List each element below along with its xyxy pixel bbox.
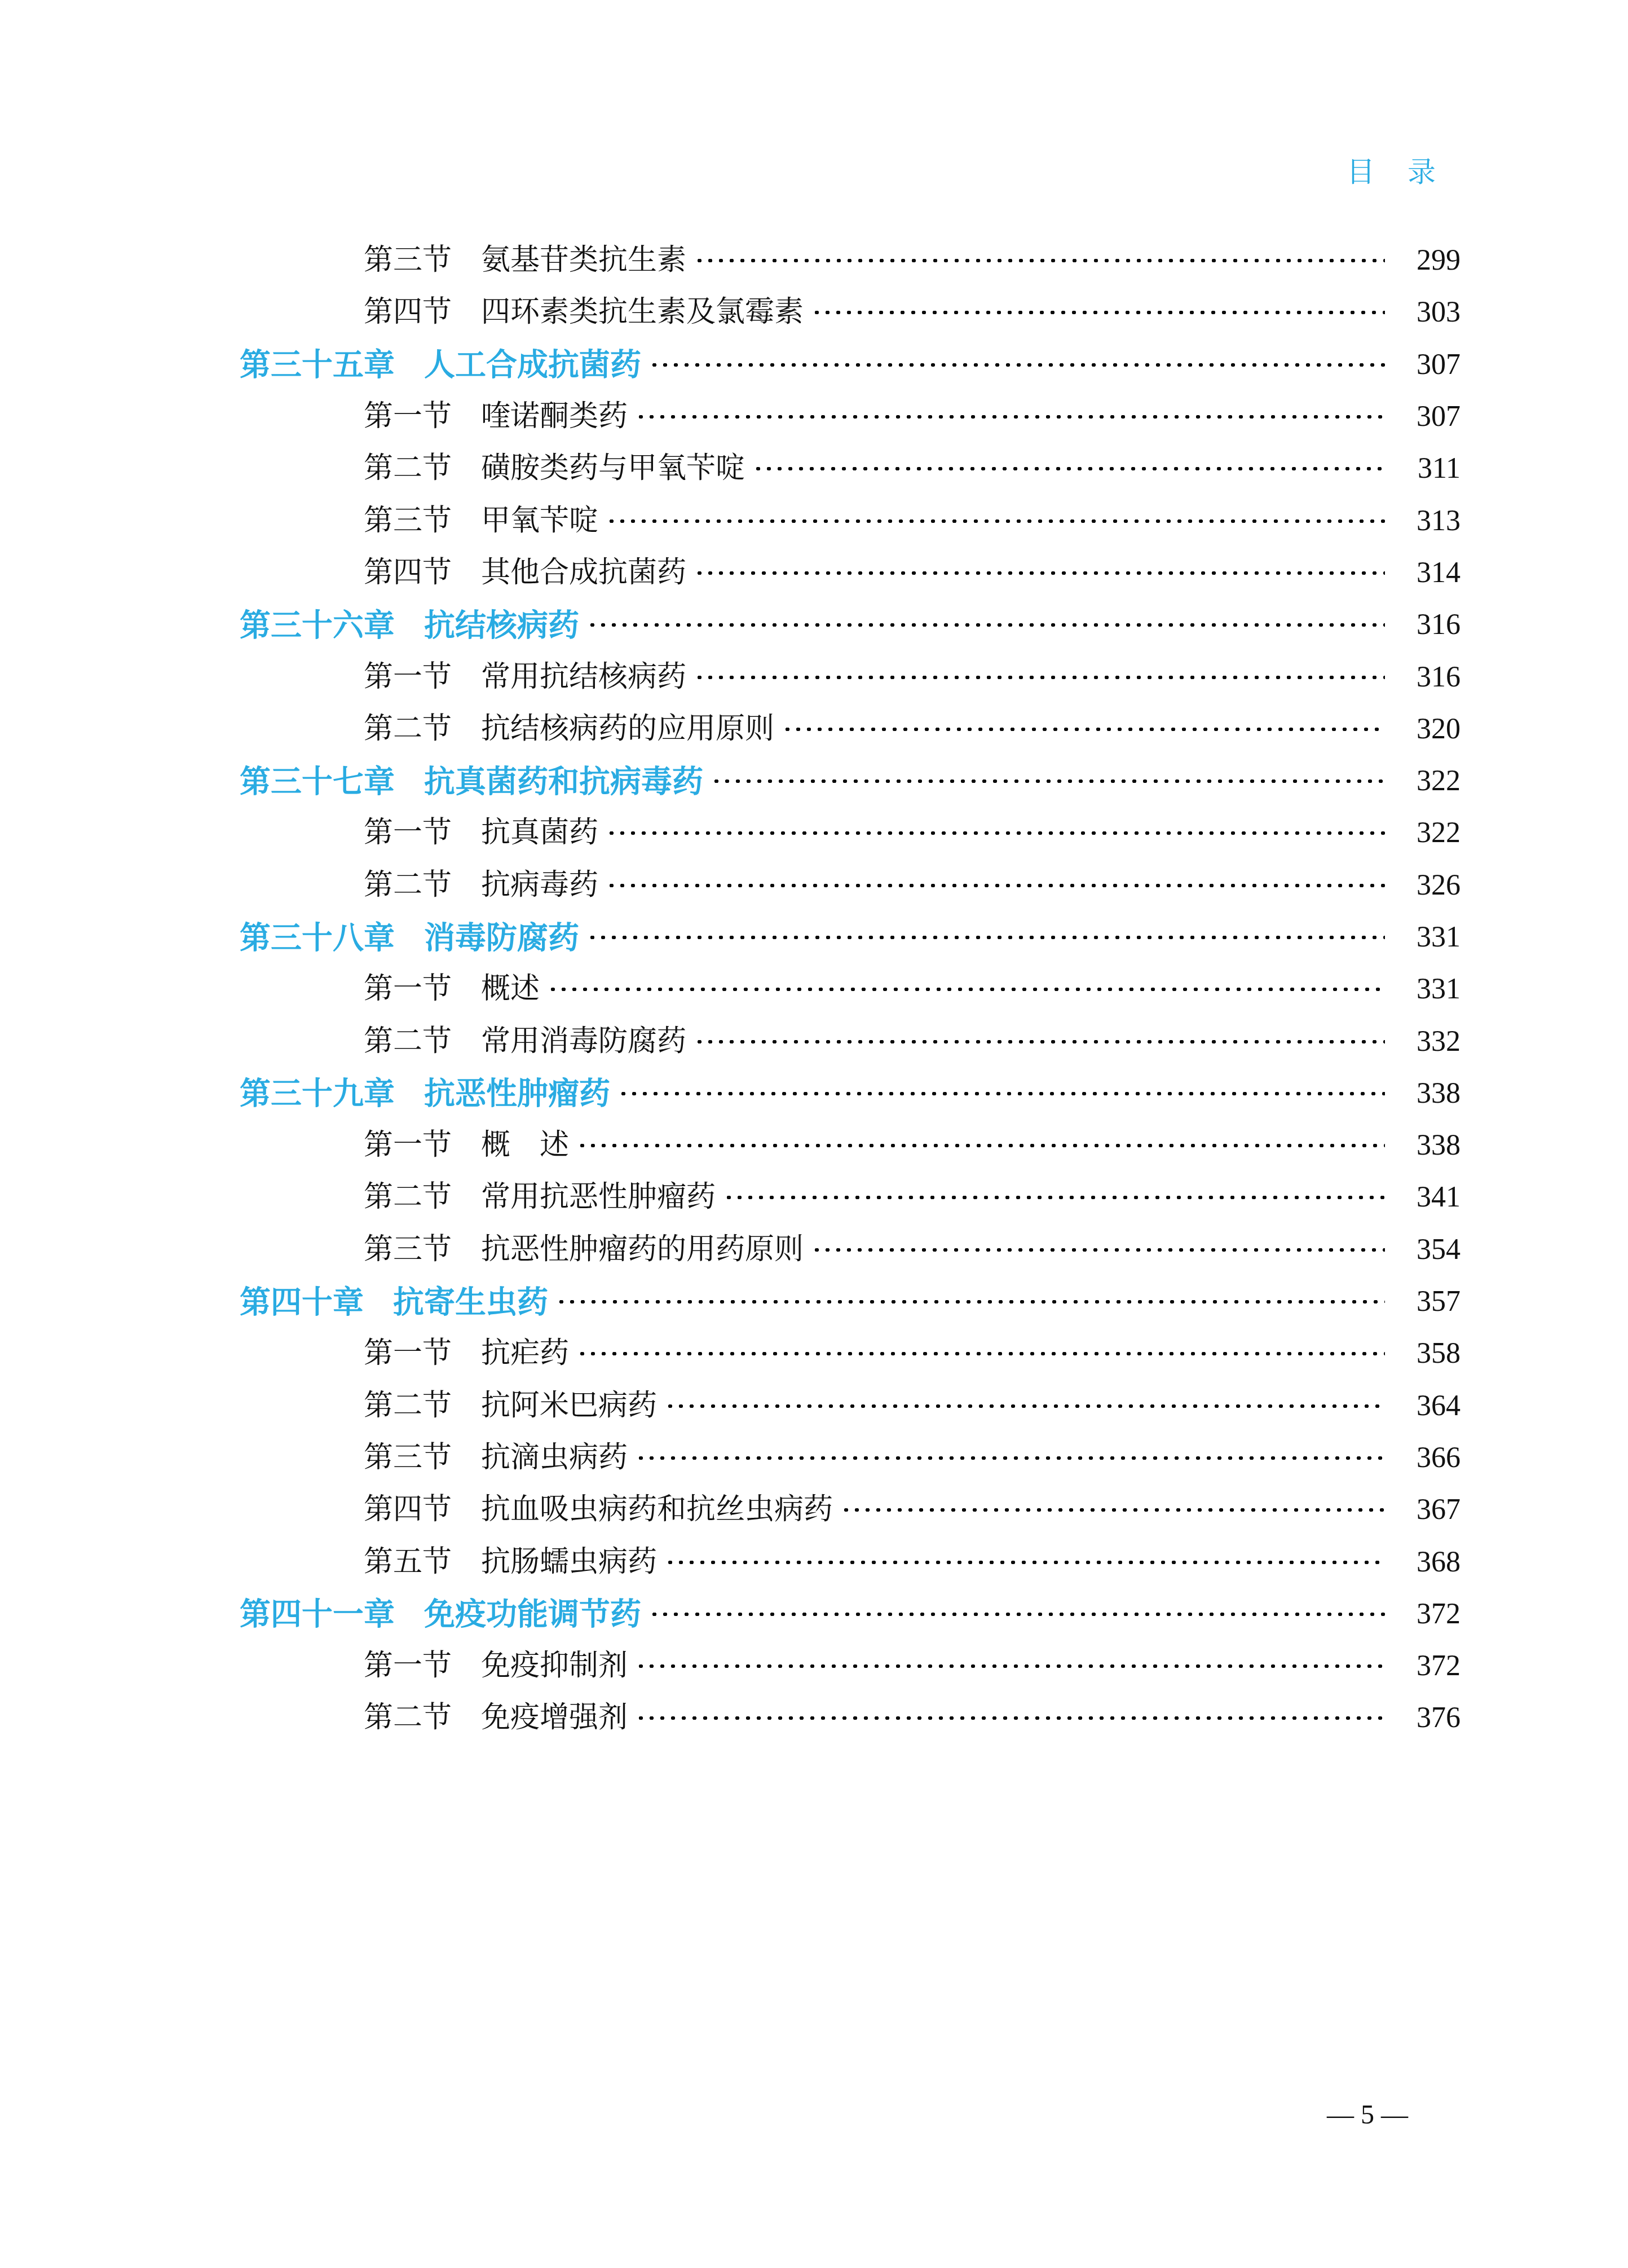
dot-leader (665, 1403, 1385, 1410)
toc-entry-label: 第一节 (364, 402, 452, 431)
dot-leader (723, 1194, 1385, 1201)
dot-leader (811, 1247, 1385, 1253)
dot-leader (636, 1715, 1385, 1721)
toc-entry-section: 第二节 抗结核病药的应用原则 320 (364, 703, 1461, 755)
dot-leader (694, 1038, 1385, 1045)
toc-entry-title: 抗疟药 (481, 1339, 569, 1368)
toc-entry-page: 338 (1398, 1079, 1461, 1108)
toc-entry-section: 第二节 抗病毒药 326 (364, 860, 1461, 911)
toc-entry-title: 抗真菌药和抗病毒药 (424, 766, 703, 797)
toc-entry-page: 338 (1398, 1131, 1461, 1160)
toc-entry-section: 第四节 抗血吸虫病药和抗丝虫病药 367 (364, 1484, 1461, 1536)
dot-leader (587, 934, 1385, 941)
toc-entry-page: 299 (1398, 246, 1461, 275)
toc-entry-page: 311 (1398, 454, 1461, 483)
toc-entry-section: 第一节 常用抗结核病药 316 (364, 651, 1461, 703)
toc-entry-page: 357 (1398, 1287, 1461, 1316)
toc-entry-title: 磺胺类药与甲氧苄啶 (481, 454, 745, 483)
toc-entry-title: 常用抗结核病药 (481, 663, 686, 692)
toc-entry-title: 甲氧苄啶 (481, 507, 598, 536)
toc-entry-label: 第二节 (364, 454, 452, 483)
dot-leader (694, 674, 1385, 681)
toc-entry-title: 抗结核病药 (424, 610, 579, 641)
toc-entry-title: 其他合成抗菌药 (481, 558, 686, 588)
toc-entry-label: 第二节 (364, 1027, 452, 1056)
dot-leader (556, 1298, 1385, 1305)
toc-entry-label: 第二节 (364, 1703, 452, 1733)
toc-entry-label: 第一节 (364, 1131, 452, 1160)
toc-entry-label: 第三节 (364, 1235, 452, 1265)
toc-entry-label: 第一节 (364, 1339, 452, 1368)
toc-entry-section: 第四节 四环素类抗生素及氯霉素 303 (364, 287, 1461, 338)
toc-entry-title: 抗恶性肿瘤药 (424, 1078, 610, 1109)
toc-entry-label: 第一节 (364, 818, 452, 848)
toc-entry-title: 免疫抑制剂 (481, 1652, 628, 1681)
dot-leader (636, 413, 1385, 420)
dot-leader (548, 986, 1385, 993)
toc-entry-page: 316 (1398, 663, 1461, 692)
toc-entry-page: 354 (1398, 1235, 1461, 1265)
toc-entry-label: 第二节 (364, 1183, 452, 1212)
toc-entry-title: 免疫增强剂 (481, 1703, 628, 1733)
toc-entry-title: 氨基苷类抗生素 (481, 246, 686, 275)
dot-leader (782, 726, 1385, 733)
dot-leader (618, 1090, 1385, 1097)
toc-entry-section: 第三节 甲氧苄啶 313 (364, 495, 1461, 547)
dot-leader (587, 622, 1385, 628)
toc-entry-label: 第四十章 (240, 1287, 364, 1318)
dot-leader (606, 882, 1385, 889)
toc-entry-title: 抗阿米巴病药 (481, 1391, 657, 1421)
toc-entry-page: 367 (1398, 1495, 1461, 1525)
toc-entry-label: 第三节 (364, 507, 452, 536)
toc-entry-title: 抗恶性肿瘤药的用药原则 (481, 1235, 804, 1265)
toc-entry-page: 326 (1398, 871, 1461, 900)
toc-entry-label: 第四节 (364, 298, 452, 327)
toc-entry-section: 第二节 常用消毒防腐药 332 (364, 1015, 1461, 1067)
toc-entry-title: 消毒防腐药 (424, 922, 579, 953)
dot-leader (636, 1663, 1385, 1670)
toc-entry-page: 320 (1398, 715, 1461, 744)
toc-entry-page: 332 (1398, 1027, 1461, 1056)
toc-entry-label: 第一节 (364, 663, 452, 692)
toc-entry-label: 第一节 (364, 1652, 452, 1681)
toc-entry-label: 第三十七章 (240, 766, 395, 797)
toc-entry-chapter: 第三十九章 抗恶性肿瘤药 338 (240, 1068, 1461, 1120)
toc-entry-label: 第三十九章 (240, 1078, 395, 1109)
toc-entry-page: 316 (1398, 610, 1461, 640)
dot-leader (694, 257, 1385, 264)
toc-entry-section: 第一节 概 述 338 (364, 1120, 1461, 1172)
toc-entry-title: 抗寄生虫药 (393, 1287, 548, 1318)
dot-leader (841, 1507, 1385, 1513)
toc-entry-label: 第三节 (364, 1443, 452, 1473)
toc-entry-chapter: 第三十六章 抗结核病药 316 (240, 599, 1461, 651)
dot-leader (606, 830, 1385, 836)
toc-entry-page: 364 (1398, 1391, 1461, 1421)
toc-entry-page: 322 (1398, 818, 1461, 848)
toc-entry-label: 第二节 (364, 871, 452, 900)
toc-entry-chapter: 第三十七章 抗真菌药和抗病毒药 322 (240, 755, 1461, 807)
toc-entry-page: 314 (1398, 558, 1461, 588)
toc-entry-section: 第一节 概述 331 (364, 963, 1461, 1015)
toc-entry-label: 第一节 (364, 975, 452, 1004)
dot-leader (711, 778, 1385, 785)
toc-entry-label: 第二节 (364, 1391, 452, 1421)
toc-entry-section: 第二节 常用抗恶性肿瘤药 341 (364, 1172, 1461, 1223)
toc-entry-label: 第三节 (364, 246, 452, 275)
toc-entry-section: 第一节 抗疟药 358 (364, 1328, 1461, 1380)
toc-entry-title: 抗肠蠕虫病药 (481, 1548, 657, 1577)
toc-entry-page: 322 (1398, 767, 1461, 796)
toc-entry-title: 概述 (481, 975, 540, 1004)
toc-entry-label: 第四十一章 (240, 1598, 395, 1630)
toc-entry-title: 抗结核病药的应用原则 (481, 715, 774, 744)
toc-entry-page: 331 (1398, 975, 1461, 1004)
dot-leader (649, 1611, 1385, 1618)
toc-entry-label: 第二节 (364, 715, 452, 744)
toc-entry-page: 366 (1398, 1443, 1461, 1473)
toc-entry-page: 358 (1398, 1339, 1461, 1368)
toc-entry-chapter: 第三十五章 人工合成抗菌药 307 (240, 339, 1461, 391)
toc-entry-title: 常用抗恶性肿瘤药 (481, 1183, 716, 1212)
toc-entry-label: 第五节 (364, 1548, 452, 1577)
toc-entry-page: 368 (1398, 1548, 1461, 1577)
toc-entry-section: 第一节 抗真菌药 322 (364, 807, 1461, 859)
toc-entry-page: 372 (1398, 1600, 1461, 1629)
toc-entry-title: 四环素类抗生素及氯霉素 (481, 298, 804, 327)
toc-entry-label: 第三十八章 (240, 922, 395, 953)
dot-leader (577, 1142, 1385, 1149)
toc-entry-title: 抗真菌药 (481, 818, 598, 848)
toc-entry-label: 第四节 (364, 558, 452, 588)
toc-entry-section: 第四节 其他合成抗菌药 314 (364, 547, 1461, 599)
toc-page: 目 录 第三节 氨基苷类抗生素 299 第四节 四环素类抗生素及氯霉素 303 … (0, 0, 1628, 2268)
toc-entry-title: 人工合成抗菌药 (424, 349, 641, 380)
toc-entry-section: 第一节 喹诺酮类药 307 (364, 391, 1461, 443)
toc-entry-page: 303 (1398, 298, 1461, 327)
table-of-contents: 第三节 氨基苷类抗生素 299 第四节 四环素类抗生素及氯霉素 303 第三十五… (240, 235, 1461, 1745)
toc-entry-title: 概 述 (481, 1131, 569, 1160)
toc-entry-chapter: 第四十一章 免疫功能调节药 372 (240, 1588, 1461, 1640)
dot-leader (606, 518, 1385, 525)
toc-entry-page: 313 (1398, 507, 1461, 536)
toc-entry-title: 常用消毒防腐药 (481, 1027, 686, 1056)
dot-leader (811, 309, 1385, 316)
toc-entry-section: 第二节 抗阿米巴病药 364 (364, 1380, 1461, 1432)
toc-entry-title: 抗滴虫病药 (481, 1443, 628, 1473)
toc-entry-chapter: 第三十八章 消毒防腐药 331 (240, 911, 1461, 963)
toc-entry-section: 第三节 抗恶性肿瘤药的用药原则 354 (364, 1224, 1461, 1276)
toc-entry-section: 第三节 抗滴虫病药 366 (364, 1432, 1461, 1484)
dot-leader (577, 1350, 1385, 1357)
toc-entry-page: 372 (1398, 1652, 1461, 1681)
toc-entry-title: 抗病毒药 (481, 871, 598, 900)
toc-entry-title: 喹诺酮类药 (481, 402, 628, 431)
footer-page-number: — 5 — (1283, 2099, 1452, 2130)
dot-leader (636, 1455, 1385, 1461)
page-title: 目 录 (1347, 158, 1438, 186)
toc-entry-label: 第四节 (364, 1495, 452, 1525)
toc-entry-section: 第一节 免疫抑制剂 372 (364, 1640, 1461, 1692)
toc-entry-page: 307 (1398, 350, 1461, 380)
toc-entry-label: 第三十六章 (240, 610, 395, 641)
toc-entry-page: 376 (1398, 1703, 1461, 1733)
toc-entry-page: 341 (1398, 1183, 1461, 1212)
toc-entry-page: 307 (1398, 402, 1461, 431)
toc-entry-chapter: 第四十章 抗寄生虫药 357 (240, 1276, 1461, 1328)
dot-leader (753, 465, 1385, 472)
toc-entry-title: 抗血吸虫病药和抗丝虫病药 (481, 1495, 833, 1525)
toc-entry-section: 第二节 免疫增强剂 376 (364, 1692, 1461, 1744)
dot-leader (665, 1559, 1385, 1566)
toc-entry-label: 第三十五章 (240, 349, 395, 380)
dot-leader (694, 570, 1385, 576)
toc-entry-section: 第三节 氨基苷类抗生素 299 (364, 235, 1461, 287)
toc-entry-title: 免疫功能调节药 (424, 1598, 641, 1630)
toc-entry-page: 331 (1398, 923, 1461, 952)
toc-entry-section: 第二节 磺胺类药与甲氧苄啶 311 (364, 443, 1461, 495)
toc-entry-section: 第五节 抗肠蠕虫病药 368 (364, 1536, 1461, 1588)
dot-leader (649, 362, 1385, 368)
